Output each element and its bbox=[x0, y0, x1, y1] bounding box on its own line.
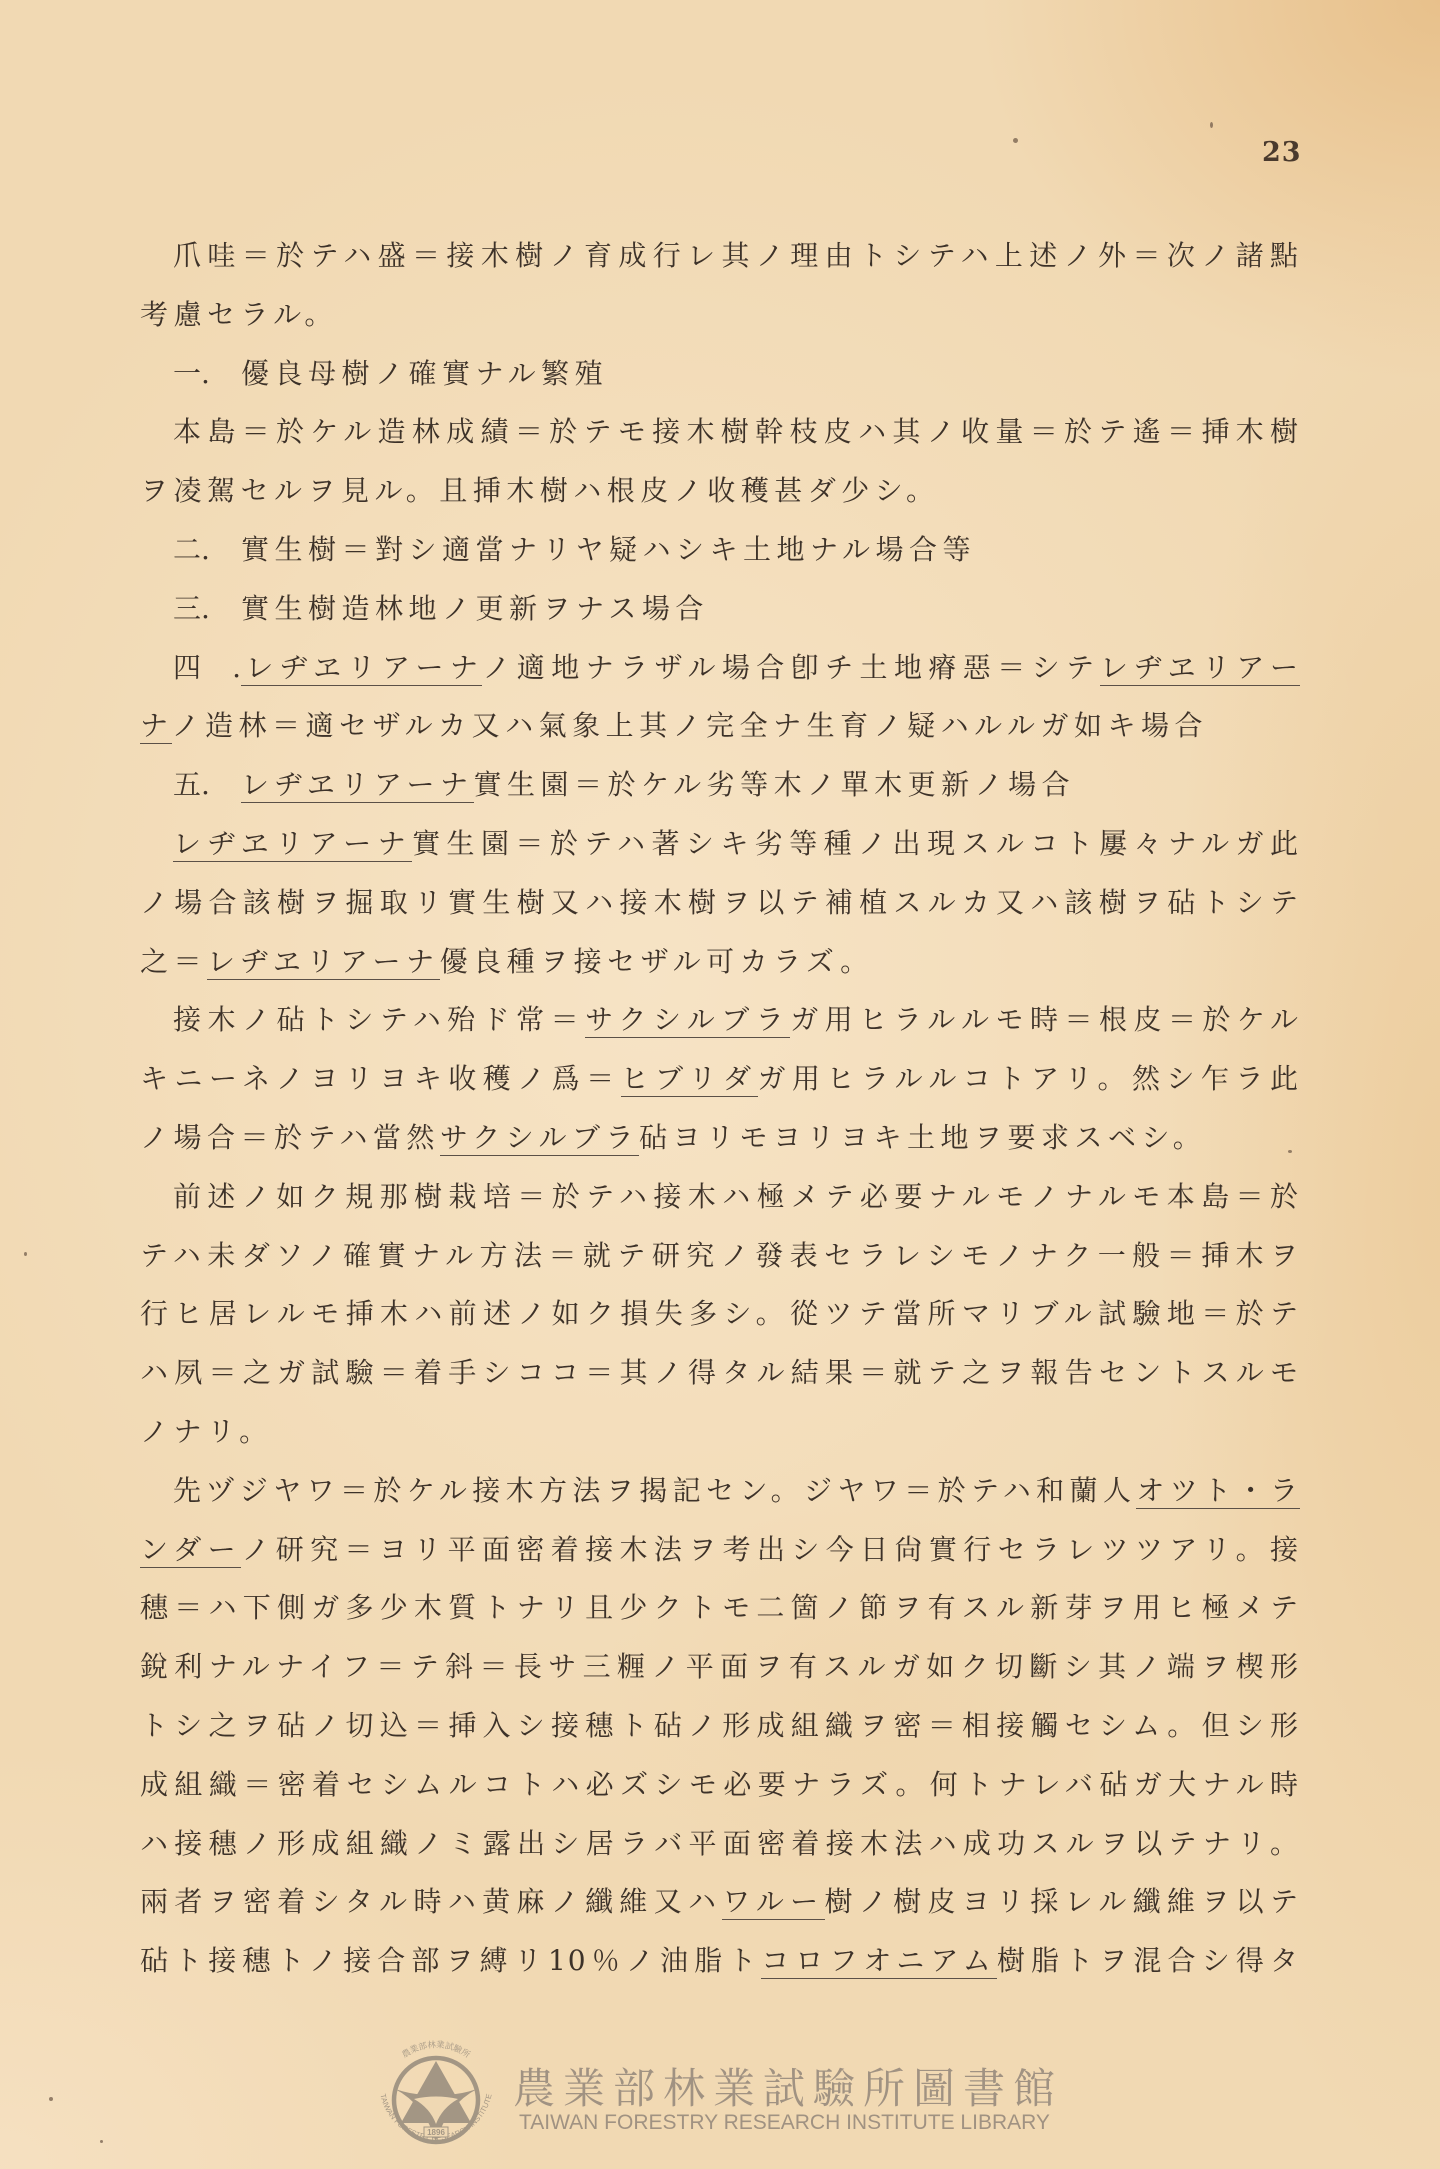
paper-speck bbox=[1013, 138, 1018, 143]
text-segment: 成組織＝密着セシムルコトハ必ズシモ必要ナラズ。何トナレバ砧ガ大ナル時 bbox=[140, 1768, 1300, 1801]
underlined-term: オツト・ラ bbox=[1136, 1474, 1300, 1509]
text-line: 先ヅジヤワ＝於ケル接木方法ヲ揭記セン。ジヤワ＝於テハ和蘭人オツト・ラ bbox=[140, 1462, 1300, 1521]
text-segment: 優良母樹ノ確實ナル繁殖 bbox=[241, 357, 608, 390]
text-segment: 銳利ナルナイフ＝テ斜＝長サ三糎ノ平面ヲ有スルガ如ク切斷シ其ノ端ヲ楔形 bbox=[140, 1650, 1300, 1683]
paper-speck bbox=[49, 2097, 53, 2101]
text-line: 之＝レヂヱリアーナ優良種ヲ接セザル可カラズ。 bbox=[140, 933, 1300, 992]
text-line: 本島＝於ケル造林成績＝於テモ接木樹幹枝皮ハ其ノ收量＝於テ遙＝挿木樹 bbox=[140, 403, 1300, 462]
list-marker: 五. bbox=[173, 756, 241, 815]
text-line: 五.レヂヱリアーナ實生園＝於ケル劣等木ノ單木更新ノ場合 bbox=[140, 756, 1300, 815]
text-segment: ハ接穗ノ形成組織ノミ露出シ居ラバ平面密着接木法ハ成功スルヲ以テナリ。 bbox=[140, 1827, 1300, 1860]
text-line: 四.レヂヱリアーナノ適地ナラザル場合卽チ土地瘠惡＝シテレヂヱリアー bbox=[140, 639, 1300, 698]
text-segment: 實生園＝於テハ著シキ劣等種ノ出現スルコト屢々ナルガ此 bbox=[412, 827, 1300, 860]
text-line: 一.優良母樹ノ確實ナル繁殖 bbox=[140, 345, 1300, 404]
text-line: キニーネノヨリヨキ收穫ノ爲＝ヒブリダガ用ヒラルルコトアリ。然シ乍ラ此 bbox=[140, 1050, 1300, 1109]
paper-speck bbox=[100, 2140, 103, 2143]
text-line: ノ場合＝於テハ當然サクシルブラ砧ヨリモヨリヨキ土地ヲ要求スベシ。 bbox=[140, 1109, 1300, 1168]
text-segment: キニーネノヨリヨキ收穫ノ爲＝ bbox=[140, 1062, 621, 1095]
text-line: レヂヱリアーナ實生園＝於テハ著シキ劣等種ノ出現スルコト屢々ナルガ此 bbox=[140, 815, 1300, 874]
text-segment: 樹ノ樹皮ヨリ採レル纖維ヲ以テ bbox=[825, 1885, 1301, 1918]
list-marker: 二. bbox=[173, 521, 241, 580]
text-segment: 實生園＝於ケル劣等木ノ單木更新ノ場合 bbox=[474, 768, 1076, 801]
text-line: ナノ造林＝適セザルカ又ハ氣象上其ノ完全ナ生育ノ疑ハルルガ如キ場合 bbox=[140, 697, 1300, 756]
text-segment: 砧ト接穗トノ接合部ヲ縛リ10％ノ油脂ト bbox=[140, 1944, 761, 1977]
text-segment: 本島＝於ケル造林成績＝於テモ接木樹幹枝皮ハ其ノ收量＝於テ遙＝挿木樹 bbox=[173, 415, 1300, 448]
text-segment: ノ場合該樹ヲ掘取リ實生樹又ハ接木樹ヲ以テ補植スルカ又ハ該樹ヲ砧トシテ bbox=[140, 886, 1300, 919]
text-line: 考慮セラル。 bbox=[140, 286, 1300, 345]
text-line: トシ之ヲ砧ノ切込＝挿入シ接穗ト砧ノ形成組織ヲ密＝相接觸セシム。但シ形 bbox=[140, 1697, 1300, 1756]
text-segment: 優良種ヲ接セザル可カラズ。 bbox=[440, 945, 874, 978]
logo-year: 1896 bbox=[427, 2128, 445, 2137]
text-segment: 行ヒ居レルモ挿木ハ前述ノ如ク損失多シ。從ツテ當所マリブル試驗地＝於テ bbox=[140, 1297, 1300, 1330]
text-segment: 接木ノ砧トシテハ殆ド常＝ bbox=[173, 1003, 585, 1036]
underlined-term: ナ bbox=[140, 709, 172, 744]
library-name-en: TAIWAN FORESTRY RESEARCH INSTITUTE LIBRA… bbox=[519, 2110, 1050, 2136]
text-segment: 穗＝ハ下側ガ多少木質トナリ且少クトモ二箇ノ節ヲ有スル新芽ヲ用ヒ極メテ bbox=[140, 1591, 1300, 1624]
list-marker: 一. bbox=[173, 345, 241, 404]
text-segment: ガ用ヒラルルコトアリ。然シ乍ラ此 bbox=[758, 1062, 1300, 1095]
text-line: ノ場合該樹ヲ掘取リ實生樹又ハ接木樹ヲ以テ補植スルカ又ハ該樹ヲ砧トシテ bbox=[140, 874, 1300, 933]
text-line: ハ夙＝之ガ試驗＝着手シココ＝其ノ得タル結果＝就テ之ヲ報告セントスルモ bbox=[140, 1344, 1300, 1403]
text-line: ハ接穗ノ形成組織ノミ露出シ居ラバ平面密着接木法ハ成功スルヲ以テナリ。 bbox=[140, 1815, 1300, 1874]
underlined-term: レヂヱリアー bbox=[1100, 651, 1300, 686]
text-line: 二.實生樹＝對シ適當ナリヤ疑ハシキ土地ナル場合等 bbox=[140, 521, 1300, 580]
text-segment: 考慮セラル。 bbox=[140, 298, 338, 331]
text-segment: 先ヅジヤワ＝於ケル接木方法ヲ揭記セン。ジヤワ＝於テハ和蘭人 bbox=[173, 1474, 1136, 1507]
text-line: 接木ノ砧トシテハ殆ド常＝サクシルブラガ用ヒラルルモ時＝根皮＝於ケル bbox=[140, 991, 1300, 1050]
underlined-term: コロフオニアム bbox=[761, 1944, 997, 1979]
underlined-term: レヂヱリアーナ bbox=[241, 768, 474, 803]
text-line: 穗＝ハ下側ガ多少木質トナリ且少クトモ二箇ノ節ヲ有スル新芽ヲ用ヒ極メテ bbox=[140, 1579, 1300, 1638]
text-line: 爪哇＝於テハ盛＝接木樹ノ育成行レ其ノ理由トシテハ上述ノ外＝次ノ諸點 bbox=[140, 227, 1300, 286]
text-segment: ハ夙＝之ガ試驗＝着手シココ＝其ノ得タル結果＝就テ之ヲ報告セントスルモ bbox=[140, 1356, 1300, 1389]
text-segment: 爪哇＝於テハ盛＝接木樹ノ育成行レ其ノ理由トシテハ上述ノ外＝次ノ諸點 bbox=[173, 239, 1300, 272]
underlined-term: ヒブリダ bbox=[621, 1062, 758, 1097]
text-line: 行ヒ居レルモ挿木ハ前述ノ如ク損失多シ。從ツテ當所マリブル試驗地＝於テ bbox=[140, 1285, 1300, 1344]
text-segment: ヲ凌駕セルヲ見ル。且挿木樹ハ根皮ノ收穫甚ダ少シ。 bbox=[140, 474, 940, 507]
paper-speck bbox=[24, 1252, 27, 1256]
underlined-term: レヂヱリアーナ bbox=[241, 651, 482, 686]
text-line: 兩者ヲ密着シタル時ハ黄麻ノ纖維又ハワルー樹ノ樹皮ヨリ採レル纖維ヲ以テ bbox=[140, 1873, 1300, 1932]
text-line: 砧ト接穗トノ接合部ヲ縛リ10％ノ油脂トコロフオニアム樹脂トヲ混合シ得タ bbox=[140, 1932, 1300, 1991]
text-segment: 樹脂トヲ混合シ得タ bbox=[997, 1944, 1300, 1977]
text-line: 前述ノ如ク規那樹栽培＝於テハ接木ハ極メテ必要ナルモノナルモ本島＝於 bbox=[140, 1168, 1300, 1227]
text-segment: 前述ノ如ク規那樹栽培＝於テハ接木ハ極メテ必要ナルモノナルモ本島＝於 bbox=[173, 1180, 1300, 1213]
text-segment: ノ適地ナラザル場合卽チ土地瘠惡＝シテ bbox=[482, 651, 1099, 684]
underlined-term: レヂヱリアーナ bbox=[207, 945, 440, 980]
body-text: 爪哇＝於テハ盛＝接木樹ノ育成行レ其ノ理由トシテハ上述ノ外＝次ノ諸點考慮セラル。一… bbox=[140, 227, 1300, 1991]
text-line: 三.實生樹造林地ノ更新ヲナス場合 bbox=[140, 580, 1300, 639]
text-line: ノナリ。 bbox=[140, 1403, 1300, 1462]
text-segment: 兩者ヲ密着シタル時ハ黄麻ノ纖維又ハ bbox=[140, 1885, 722, 1918]
underlined-term: サクシルブラ bbox=[440, 1121, 639, 1156]
text-segment: ガ用ヒラルルモ時＝根皮＝於ケル bbox=[790, 1003, 1300, 1036]
text-line: 銳利ナルナイフ＝テ斜＝長サ三糎ノ平面ヲ有スルガ如ク切斷シ其ノ端ヲ楔形 bbox=[140, 1638, 1300, 1697]
library-name-zh: 農業部林業試驗所圖書館 bbox=[513, 2064, 1063, 2114]
text-segment: トシ之ヲ砧ノ切込＝挿入シ接穗ト砧ノ形成組織ヲ密＝相接觸セシム。但シ形 bbox=[140, 1709, 1300, 1742]
text-line: ンダーノ研究＝ヨリ平面密着接木法ヲ考出シ今日尙實行セラレツツアリ。接 bbox=[140, 1521, 1300, 1580]
list-marker: 四. bbox=[173, 639, 241, 698]
text-segment: ノ造林＝適セザルカ又ハ氣象上其ノ完全ナ生育ノ疑ハルルガ如キ場合 bbox=[172, 709, 1208, 742]
paper-speck bbox=[1210, 122, 1213, 128]
underlined-term: レヂヱリアーナ bbox=[173, 827, 412, 862]
text-segment: 實生樹造林地ノ更新ヲナス場合 bbox=[241, 592, 709, 625]
underlined-term: ワルー bbox=[722, 1885, 824, 1920]
text-line: 成組織＝密着セシムルコトハ必ズシモ必要ナラズ。何トナレバ砧ガ大ナル時 bbox=[140, 1756, 1300, 1815]
text-line: テハ未ダソノ確實ナル方法＝就テ研究ノ發表セラレシモノナク一般＝挿木ヲ bbox=[140, 1227, 1300, 1286]
page-number: 23 bbox=[1262, 136, 1302, 170]
list-marker: 三. bbox=[173, 580, 241, 639]
underlined-term: ンダー bbox=[140, 1533, 241, 1568]
institute-logo: 農業部林業試驗所 TAIWAN FORESTRY RESEARCH INSTIT… bbox=[374, 2038, 498, 2162]
text-segment: 之＝ bbox=[140, 945, 207, 978]
text-segment: 實生樹＝對シ適當ナリヤ疑ハシキ土地ナル場合等 bbox=[241, 533, 976, 566]
text-segment: ノナリ。 bbox=[140, 1415, 273, 1448]
text-segment: テハ未ダソノ確實ナル方法＝就テ研究ノ發表セラレシモノナク一般＝挿木ヲ bbox=[140, 1239, 1300, 1272]
text-segment: 砧ヨリモヨリヨキ土地ヲ要求スベシ。 bbox=[639, 1121, 1206, 1154]
text-line: ヲ凌駕セルヲ見ル。且挿木樹ハ根皮ノ收穫甚ダ少シ。 bbox=[140, 462, 1300, 521]
text-segment: ノ場合＝於テハ當然 bbox=[140, 1121, 440, 1154]
underlined-term: サクシルブラ bbox=[585, 1003, 790, 1038]
text-segment: ノ研究＝ヨリ平面密着接木法ヲ考出シ今日尙實行セラレツツアリ。接 bbox=[241, 1533, 1300, 1566]
